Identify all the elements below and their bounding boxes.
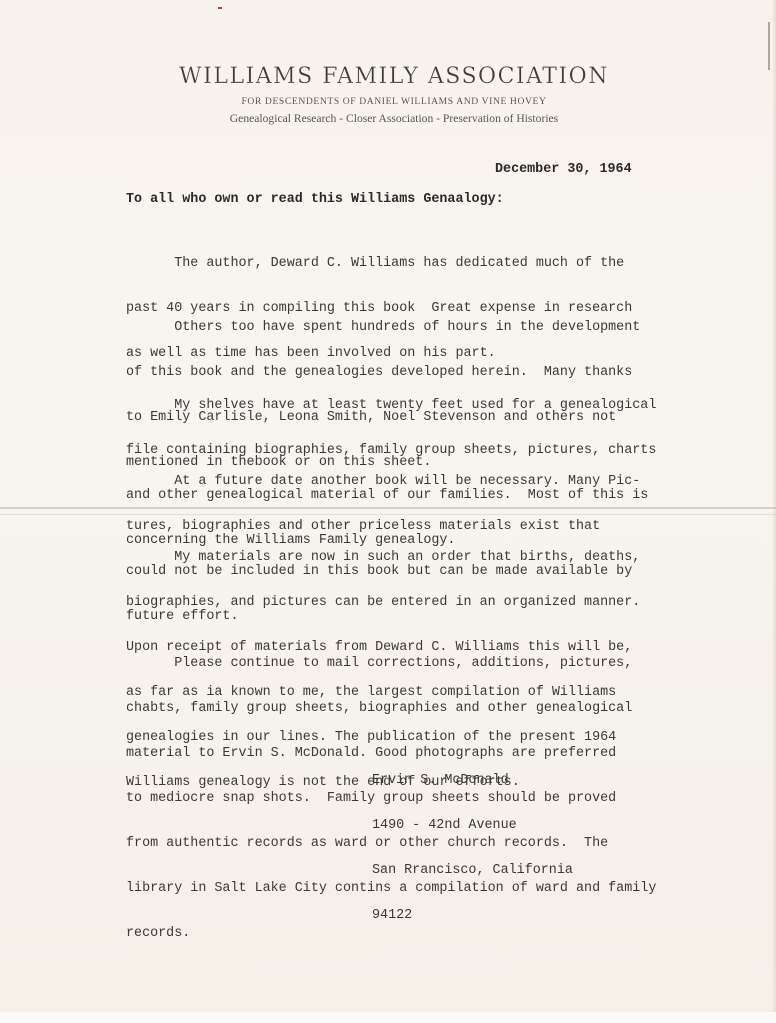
paper-edge-shadow	[772, 0, 776, 1012]
association-subtitle: FOR DESCENDENTS OF DANIEL WILLIAMS AND V…	[12, 96, 776, 107]
letter-salutation: To all who own or read this Williams Gen…	[126, 192, 504, 207]
paragraph-line: My shelves have at least twenty feet use…	[126, 398, 656, 413]
association-tagline: Genealogical Research - Closer Associati…	[12, 112, 776, 125]
ink-speck	[218, 7, 222, 9]
signer-zip: 94122	[372, 908, 573, 923]
letter-date: December 30, 1964	[495, 162, 632, 177]
paragraph-line: My materials are now in such an order th…	[126, 550, 640, 565]
signer-street: 1490 - 42nd Avenue	[372, 818, 573, 833]
letter-page: WILLIAMS FAMILY ASSOCIATION FOR DESCENDE…	[0, 0, 776, 1012]
paragraph-line: Please continue to mail corrections, add…	[126, 656, 656, 671]
edge-mark	[768, 22, 770, 70]
paragraph-line: The author, Deward C. Williams has dedic…	[126, 256, 632, 271]
paragraph-line: Others too have spent hundreds of hours …	[126, 320, 640, 335]
paragraph-line: chabts, family group sheets, biographies…	[126, 701, 656, 716]
association-title: WILLIAMS FAMILY ASSOCIATION	[12, 64, 776, 89]
signer-name: Ervin S. McDonald	[372, 773, 573, 788]
signer-city: San Rrancisco, California	[372, 863, 573, 878]
paragraph-line: biographies, and pictures can be entered…	[126, 595, 640, 610]
letterhead: WILLIAMS FAMILY ASSOCIATION FOR DESCENDE…	[0, 64, 776, 125]
paragraph-line: At a future date another book will be ne…	[126, 474, 640, 489]
signature-block: Ervin S. McDonald 1490 - 42nd Avenue San…	[372, 743, 573, 953]
